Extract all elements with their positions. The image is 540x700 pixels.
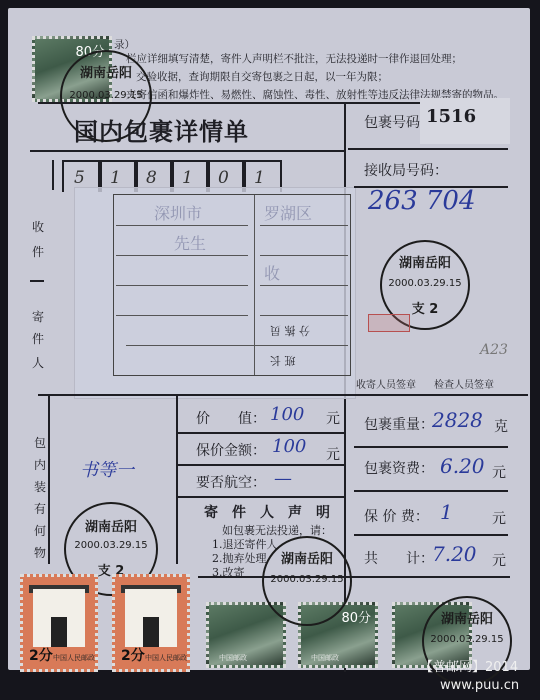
value-unit: 元: [326, 408, 340, 428]
divider: [176, 394, 178, 564]
form-title: 国内包裹详情单: [74, 112, 249, 147]
ghost-text: 收: [264, 261, 280, 284]
monitor-label: 班 长: [270, 353, 296, 369]
declaration-title: 寄 件 人 声 明: [204, 502, 330, 522]
divider: [38, 394, 528, 396]
contents-label: 包 内 装 有 何 物: [34, 432, 48, 564]
contents-value: 书等一: [80, 456, 134, 482]
handwritten-note: A23: [480, 342, 508, 358]
insured-amount-field: 100: [272, 436, 306, 457]
insured-amount-unit: 元: [326, 444, 340, 464]
weight-label: 包裹重量：: [364, 414, 434, 434]
declaration-option[interactable]: 3.改寄: [212, 564, 245, 580]
value-label: 价 值：: [196, 408, 266, 428]
collector-signature-label: 收寄人员签章: [356, 376, 416, 391]
total-field: 7.20: [432, 542, 477, 566]
value-field: 100: [270, 404, 304, 425]
inspector-signature-label: 检查人员签章: [434, 376, 494, 391]
divider: [38, 102, 344, 104]
notice-line: 栏应详细填写清楚，寄件人声明栏不批注，无法投递时一律作退回处理；: [126, 50, 504, 68]
sender-label-char: 人: [32, 354, 44, 371]
total-unit: 元: [492, 550, 506, 570]
notice-block: 栏应详细填写清楚，寄件人声明栏不批注，无法投递时一律作退回处理； 交验收据，查询…: [126, 50, 504, 104]
recipient-label-char: 件: [32, 243, 44, 260]
insurance-fee-field: 1: [440, 500, 453, 524]
stamp-house: 2分 中国人民邮政: [112, 574, 190, 672]
notice-line: 交验收据，查询期限自交寄包裹之日起，以一年为限；: [136, 68, 514, 86]
divider: [30, 150, 344, 152]
airmail-field: —: [274, 468, 292, 489]
ghost-text: 先生: [174, 231, 206, 254]
divider: [354, 446, 508, 448]
divider: [178, 464, 344, 466]
parcel-number-sticker: 1516: [420, 98, 510, 144]
weight-unit: 克: [494, 416, 508, 436]
sender-label-char: 件: [32, 330, 44, 347]
stamp-house: 2分 中国人民邮政: [20, 574, 98, 672]
divider: [198, 576, 510, 578]
insured-amount-label: 保价金额：: [196, 440, 266, 460]
watermark-line2: www.puu.cn: [440, 678, 519, 693]
pasted-slip: 深圳市 罗湖区 先生 收 分 拣 员 班 长: [74, 187, 356, 399]
divider: [178, 496, 344, 498]
airmail-label: 要否航空：: [196, 472, 266, 492]
slip-table: 深圳市 罗湖区 先生 收 分 拣 员 班 长: [113, 194, 351, 376]
receiving-office-label: 接收局号码：: [364, 160, 448, 180]
watermark-line1: 【普邮网】2014: [420, 656, 518, 675]
postage-unit: 元: [492, 462, 506, 482]
total-label: 共 计：: [364, 548, 434, 568]
insurance-fee-unit: 元: [492, 508, 506, 528]
parcel-form-sheet: 80分 录） 栏应详细填写清楚，寄件人声明栏不批注，无法投递时一律作退回处理； …: [8, 8, 530, 670]
weight-field: 2828: [432, 408, 483, 432]
receiving-office-value: 263 704: [368, 186, 476, 216]
divider: [30, 280, 44, 282]
postmark: 湖南岳阳 2000.03.29.15: [262, 536, 352, 626]
insurance-fee-label: 保 价 费：: [364, 506, 429, 526]
red-seal: [368, 314, 410, 332]
divider: [354, 534, 508, 536]
postage-field: 6.20: [440, 454, 485, 478]
postage-label: 包裹资费：: [364, 458, 434, 478]
divider: [48, 394, 50, 564]
ghost-text: 罗湖区: [264, 201, 312, 224]
divider: [178, 432, 344, 434]
divider: [348, 148, 508, 150]
recipient-label-char: 收: [32, 218, 44, 235]
sender-label-char: 寄: [32, 308, 44, 325]
sorter-label: 分 拣 员: [270, 323, 310, 339]
ghost-text: 深圳市: [154, 201, 202, 224]
divider: [354, 490, 508, 492]
divider: [52, 160, 54, 190]
